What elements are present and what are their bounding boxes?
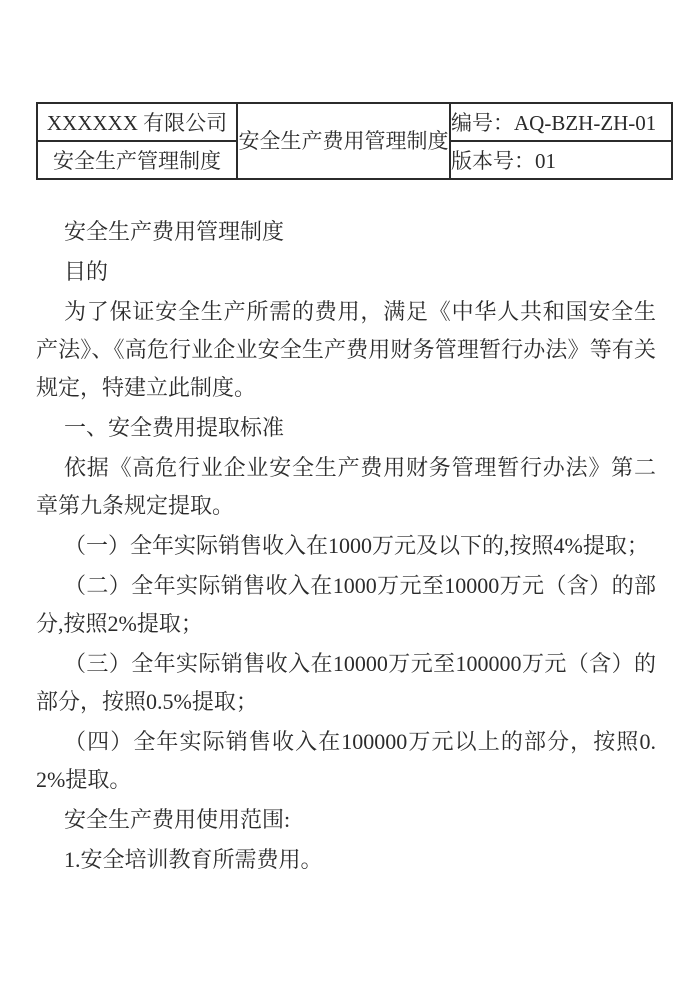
document-header-table: XXXXXX 有限公司 安全生产费用管理制度 编号：AQ-BZH-ZH-01 安…: [36, 102, 673, 180]
purpose-text: 为了保证安全生产所需的费用，满足《中华人共和国安全生产法》、《高危行业企业安全生…: [36, 293, 656, 407]
extraction-item-1: （一）全年实际销售收入在1000万元及以下的,按照4%提取；: [36, 527, 656, 565]
document-code-cell: 编号：AQ-BZH-ZH-01: [450, 103, 672, 141]
usage-scope-heading: 安全生产费用使用范围:: [36, 801, 656, 839]
extraction-item-3: （三）全年实际销售收入在10000万元至100000万元（含）的部分，按照0.5…: [36, 645, 656, 721]
usage-item-1: 1.安全培训教育所需费用。: [36, 841, 656, 879]
document-page: XXXXXX 有限公司 安全生产费用管理制度 编号：AQ-BZH-ZH-01 安…: [0, 0, 700, 990]
header-table-row-1: XXXXXX 有限公司 安全生产费用管理制度 编号：AQ-BZH-ZH-01: [37, 103, 672, 141]
document-body: 安全生产费用管理制度 目的 为了保证安全生产所需的费用，满足《中华人共和国安全生…: [36, 213, 656, 881]
doc-title-paragraph: 安全生产费用管理制度: [36, 213, 656, 251]
extraction-basis-text: 依据《高危行业企业安全生产费用财务管理暂行办法》第二章第九条规定提取。: [36, 449, 656, 525]
extraction-item-4: （四）全年实际销售收入在100000万元以上的部分，按照0.2%提取。: [36, 723, 656, 799]
company-name-cell: XXXXXX 有限公司: [37, 103, 237, 141]
version-cell: 版本号：01: [450, 141, 672, 179]
system-name-cell: 安全生产管理制度: [37, 141, 237, 179]
extraction-item-2: （二）全年实际销售收入在1000万元至10000万元（含）的部分,按照2%提取；: [36, 567, 656, 643]
section-1-heading: 一、安全费用提取标准: [36, 409, 656, 447]
document-title-cell: 安全生产费用管理制度: [237, 103, 450, 179]
purpose-heading: 目的: [36, 253, 656, 291]
